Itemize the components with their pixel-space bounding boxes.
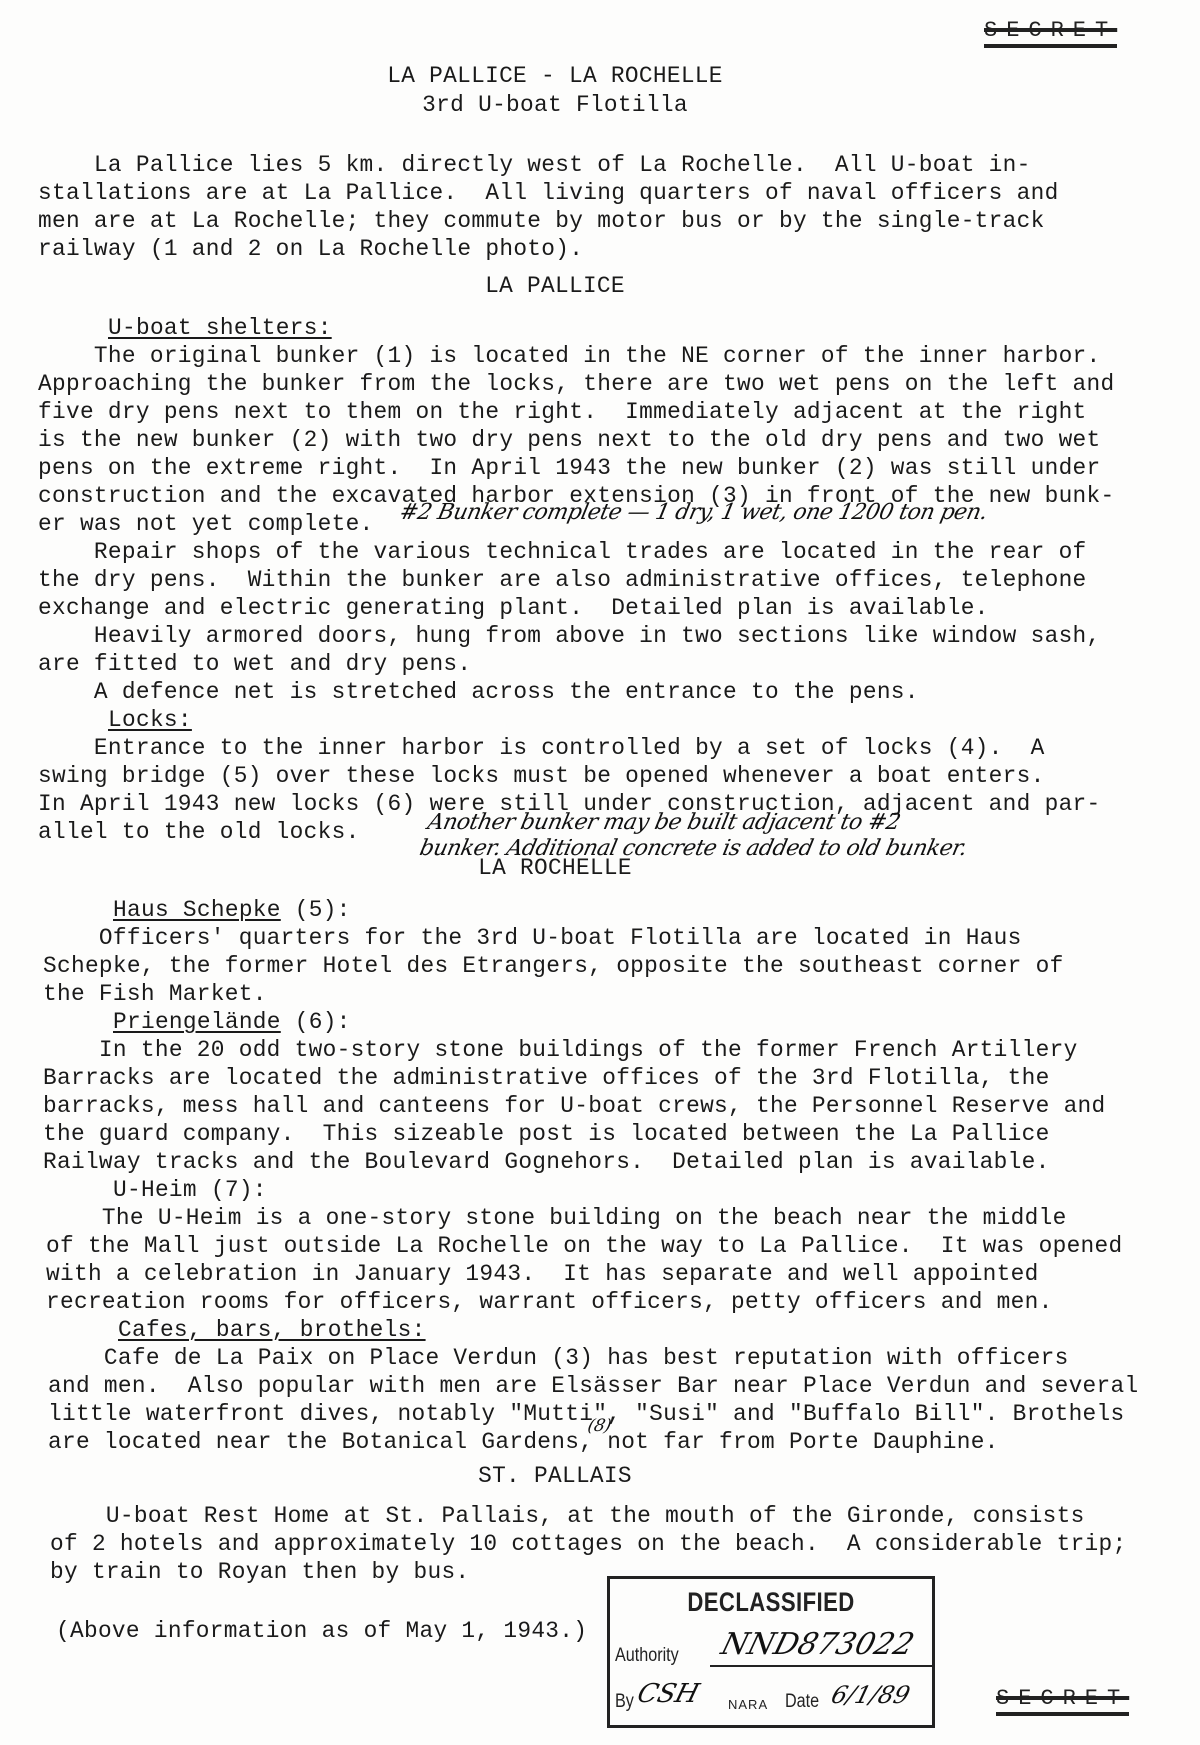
date-label: Date bbox=[785, 1691, 819, 1713]
text-line: allel to the old locks. bbox=[38, 818, 360, 846]
subheading-haus-schepke-ref: (5): bbox=[281, 897, 351, 923]
text-line: of 2 hotels and approximately 10 cottage… bbox=[50, 1530, 1127, 1558]
subheading-haus-schepke: Haus Schepke (5): bbox=[113, 896, 351, 924]
subheading-priengelande-ref: (6): bbox=[281, 1009, 351, 1035]
date-value: 6/1/89 bbox=[828, 1681, 913, 1709]
text-line: the dry pens. Within the bunker are also… bbox=[38, 566, 1087, 594]
text-line: In the 20 odd two-story stone buildings … bbox=[43, 1036, 1078, 1064]
section-heading-la-pallice: LA PALLICE bbox=[0, 272, 1110, 300]
secret-stamp-top: SECRET bbox=[984, 18, 1117, 48]
document-title: LA PALLICE - LA ROCHELLE bbox=[0, 62, 1110, 90]
text-line: Entrance to the inner harbor is controll… bbox=[38, 734, 1045, 762]
text-line: the guard company. This sizeable post is… bbox=[43, 1120, 1050, 1148]
authority-label: Authority bbox=[615, 1645, 679, 1667]
handwritten-note-bunker-complete: #2 Bunker complete — 1 dry, 1 wet, one 1… bbox=[397, 500, 989, 525]
text-line: swing bridge (5) over these locks must b… bbox=[38, 762, 1045, 790]
text-line: A defence net is stretched across the en… bbox=[38, 678, 919, 706]
section-heading-st-pallais: ST. PALLAIS bbox=[0, 1462, 1110, 1490]
text-line: the Fish Market. bbox=[43, 980, 267, 1008]
text-line: Approaching the bunker from the locks, t… bbox=[38, 370, 1115, 398]
handwritten-note-another-bunker: Another bunker may be built adjacent to … bbox=[425, 810, 902, 835]
text-line: The U-Heim is a one-story stone building… bbox=[46, 1204, 1067, 1232]
text-line: recreation rooms for officers, warrant o… bbox=[46, 1288, 1053, 1316]
text-line: er was not yet complete. bbox=[38, 510, 374, 538]
text-line: Heavily armored doors, hung from above i… bbox=[38, 622, 1101, 650]
text-line: Railway tracks and the Boulevard Gogneho… bbox=[43, 1148, 1050, 1176]
secret-stamp-bottom: SECRET bbox=[996, 1686, 1129, 1716]
text-line: are fitted to wet and dry pens. bbox=[38, 650, 471, 678]
text-line: little waterfront dives, notably "Mutti"… bbox=[48, 1400, 1125, 1428]
text-line: The original bunker (1) is located in th… bbox=[38, 342, 1101, 370]
text-line: Repair shops of the various technical tr… bbox=[38, 538, 1087, 566]
subheading-locks: Locks: bbox=[108, 706, 192, 734]
subheading-priengelande: Priengelände (6): bbox=[113, 1008, 351, 1036]
handwritten-marker-8: (8) bbox=[586, 1416, 613, 1436]
text-line: railway (1 and 2 on La Rochelle photo). bbox=[38, 235, 583, 263]
document-page: SECRET LA PALLICE - LA ROCHELLE 3rd U-bo… bbox=[0, 0, 1200, 1745]
by-label: By bbox=[615, 1691, 634, 1713]
text-line: by train to Royan then by bus. bbox=[50, 1558, 469, 1586]
text-line: is the new bunker (2) with two dry pens … bbox=[38, 426, 1101, 454]
text-line: with a celebration in January 1943. It h… bbox=[46, 1260, 1039, 1288]
text-line: and men. Also popular with men are Elsäs… bbox=[48, 1372, 1138, 1400]
authority-rule bbox=[710, 1665, 935, 1667]
declassified-stamp-title: DECLASSIFIED bbox=[639, 1587, 903, 1618]
subheading-u-heim: U-Heim (7): bbox=[113, 1176, 267, 1204]
declassified-stamp: DECLASSIFIED Authority NND873022 By CSH … bbox=[607, 1576, 935, 1728]
text-line: pens on the extreme right. In April 1943… bbox=[38, 454, 1101, 482]
by-value: CSH bbox=[634, 1679, 702, 1709]
section-heading-la-rochelle: LA ROCHELLE bbox=[0, 854, 1110, 882]
text-line: five dry pens next to them on the right.… bbox=[38, 398, 1087, 426]
text-line: La Pallice lies 5 km. directly west of L… bbox=[38, 151, 1031, 179]
authority-value: NND873022 bbox=[717, 1627, 917, 1662]
text-line: barracks, mess hall and canteens for U-b… bbox=[43, 1092, 1106, 1120]
subheading-cafes-bars-brothels: Cafes, bars, brothels: bbox=[118, 1316, 426, 1344]
text-line: U-boat Rest Home at St. Pallais, at the … bbox=[50, 1502, 1085, 1530]
text-line: stallations are at La Pallice. All livin… bbox=[38, 179, 1059, 207]
text-line: of the Mall just outside La Rochelle on … bbox=[46, 1232, 1123, 1260]
text-line: Cafe de La Paix on Place Verdun (3) has … bbox=[48, 1344, 1069, 1372]
text-line: Barracks are located the administrative … bbox=[43, 1064, 1050, 1092]
text-line: Schepke, the former Hotel des Etrangers,… bbox=[43, 952, 1064, 980]
text-line: exchange and electric generating plant. … bbox=[38, 594, 989, 622]
subheading-priengelande-label: Priengelände bbox=[113, 1009, 281, 1035]
text-line: Officers' quarters for the 3rd U-boat Fl… bbox=[43, 924, 1022, 952]
text-line: men are at La Rochelle; they commute by … bbox=[38, 207, 1045, 235]
agency-label: NARA bbox=[728, 1697, 768, 1712]
footer-note: (Above information as of May 1, 1943.) bbox=[56, 1617, 587, 1645]
text-line: are located near the Botanical Gardens, … bbox=[48, 1428, 999, 1456]
document-subtitle: 3rd U-boat Flotilla bbox=[0, 91, 1110, 119]
subheading-haus-schepke-label: Haus Schepke bbox=[113, 897, 281, 923]
subheading-uboat-shelters: U-boat shelters: bbox=[108, 314, 332, 342]
